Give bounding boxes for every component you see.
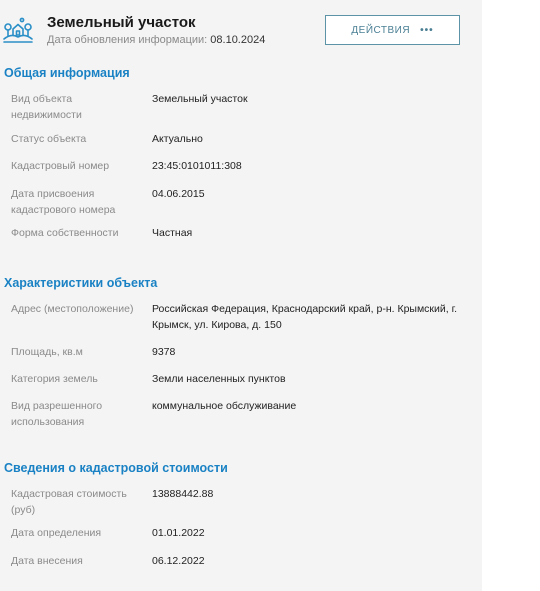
actions-button-label: ДЕЙСТВИЯ: [351, 25, 410, 36]
row-label: Площадь, кв.м: [11, 345, 141, 361]
section-title-characteristics: Характеристики объекта: [4, 276, 157, 290]
update-label: Дата обновления информации:: [47, 34, 207, 46]
row-label: Статус объекта: [11, 132, 141, 148]
row-value: коммунальное обслуживание: [152, 399, 472, 415]
row-value: 9378: [152, 345, 472, 361]
section-title-general: Общая информация: [4, 66, 130, 80]
object-header: Земельный участок Дата обновления информ…: [0, 0, 482, 60]
object-info-panel: Земельный участок Дата обновления информ…: [0, 0, 482, 591]
page-title: Земельный участок: [47, 14, 196, 31]
row-label: Дата внесения: [11, 554, 141, 570]
row-value: Российская Федерация, Краснодарский край…: [152, 302, 462, 333]
land-plot-icon: [3, 17, 33, 45]
row-value: Частная: [152, 226, 472, 242]
row-label: Дата определения: [11, 526, 141, 542]
row-value: 06.12.2022: [152, 554, 472, 570]
row-label: Дата присвоения кадастрового номера: [11, 187, 123, 218]
row-value: Земельный участок: [152, 92, 472, 108]
actions-button[interactable]: ДЕЙСТВИЯ •••: [325, 15, 460, 45]
row-label: Адрес (местоположение): [11, 302, 141, 318]
update-info: Дата обновления информации: 08.10.2024: [47, 34, 265, 46]
row-label: Категория земель: [11, 372, 141, 388]
row-label: Кадастровая стоимость (руб): [11, 487, 141, 518]
row-value: 04.06.2015: [152, 187, 472, 203]
row-value: 01.01.2022: [152, 526, 472, 542]
row-value: 13888442.88: [152, 487, 472, 503]
row-label: Форма собственности: [11, 226, 141, 242]
section-title-cadastral-value: Сведения о кадастровой стоимости: [4, 461, 228, 475]
row-value: Актуально: [152, 132, 472, 148]
more-dots-icon: •••: [420, 25, 434, 36]
row-label: Кадастровый номер: [11, 159, 141, 175]
row-label: Вид разрешенного использования: [11, 399, 111, 430]
row-value: Земли населенных пунктов: [152, 372, 472, 388]
row-label: Вид объекта недвижимости: [11, 92, 106, 123]
row-value: 23:45:0101011:308: [152, 159, 472, 175]
update-date: 08.10.2024: [210, 34, 265, 46]
